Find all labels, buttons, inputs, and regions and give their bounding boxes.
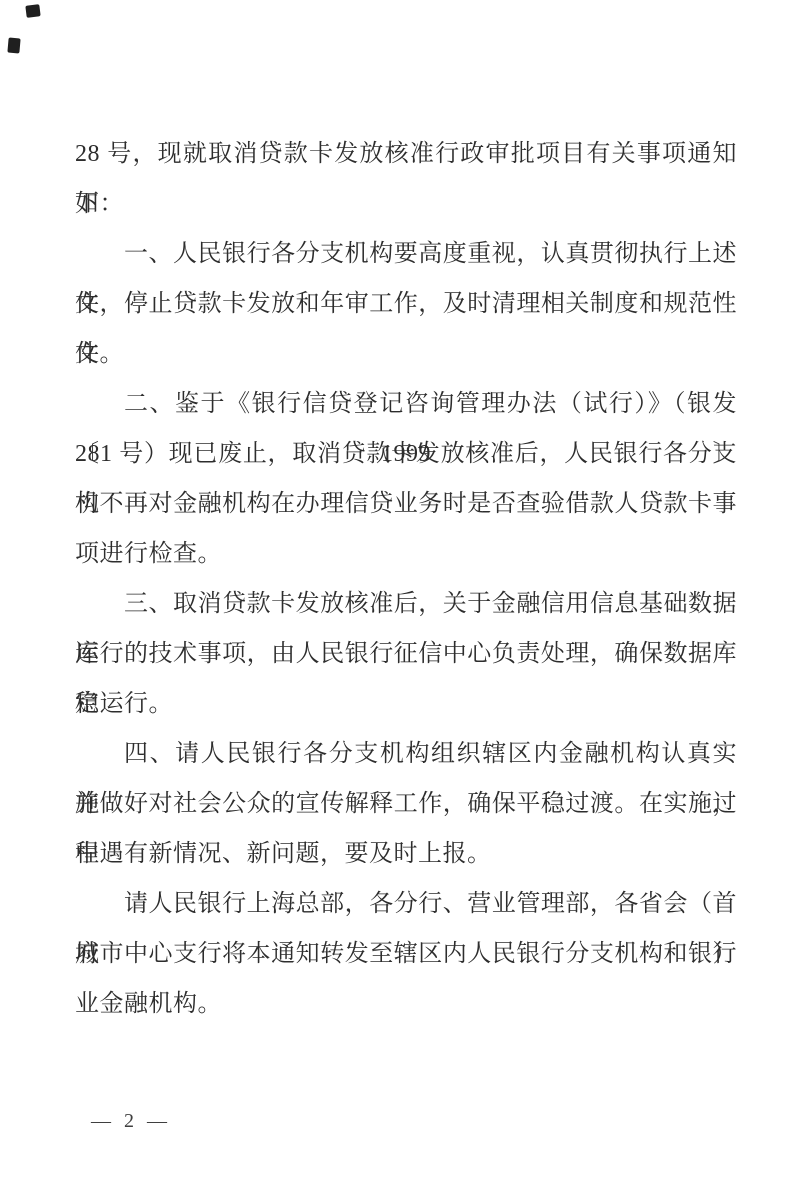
document-line: 28 号，现就取消贷款卡发放核准行政审批项目有关事项通知如: [75, 129, 737, 179]
document-line: 业金融机构。: [75, 979, 737, 1029]
page-number: — 2 —: [91, 1096, 171, 1146]
document-line: 下：: [75, 179, 737, 229]
document-line: 项进行检查。: [75, 529, 737, 579]
document-line: 定运行。: [75, 679, 737, 729]
document-line: 281 号）现已废止，取消贷款卡发放核准后，人民银行各分支机: [75, 429, 737, 479]
document-line: 二、鉴于《银行信贷登记咨询管理办法（试行）》（银发〔1999〕: [75, 379, 737, 429]
document-line: 一、人民银行各分支机构要高度重视，认真贯彻执行上述文: [75, 229, 737, 279]
document-line: 城市中心支行将本通知转发至辖区内人民银行分支机构和银行: [75, 929, 737, 979]
scan-speckle-top: [25, 4, 40, 18]
document-line: 四、请人民银行各分支机构组织辖区内金融机构认真实施，: [75, 729, 737, 779]
document-line: 件。: [75, 329, 737, 379]
document-line: 运行的技术事项，由人民银行征信中心负责处理，确保数据库稳: [75, 629, 737, 679]
document-line: 请人民银行上海总部，各分行、营业管理部，各省会（首府）: [75, 879, 737, 929]
document-line: 中遇有新情况、新问题，要及时上报。: [75, 829, 737, 879]
document-line: 构不再对金融机构在办理信贷业务时是否查验借款人贷款卡事: [75, 479, 737, 529]
document-text-block: 28 号，现就取消贷款卡发放核准行政审批项目有关事项通知如 下： 一、人民银行各…: [75, 129, 737, 1029]
document-line: 件，停止贷款卡发放和年审工作，及时清理相关制度和规范性文: [75, 279, 737, 329]
scanned-document-page: { "doc": { "lines": [ "28 号，现就取消贷款卡发放核准行…: [0, 0, 811, 1204]
document-line: 并做好对社会公众的宣传解释工作，确保平稳过渡。在实施过程: [75, 779, 737, 829]
document-line: 三、取消贷款卡发放核准后，关于金融信用信息基础数据库: [75, 579, 737, 629]
scan-speckle-left: [7, 38, 20, 54]
